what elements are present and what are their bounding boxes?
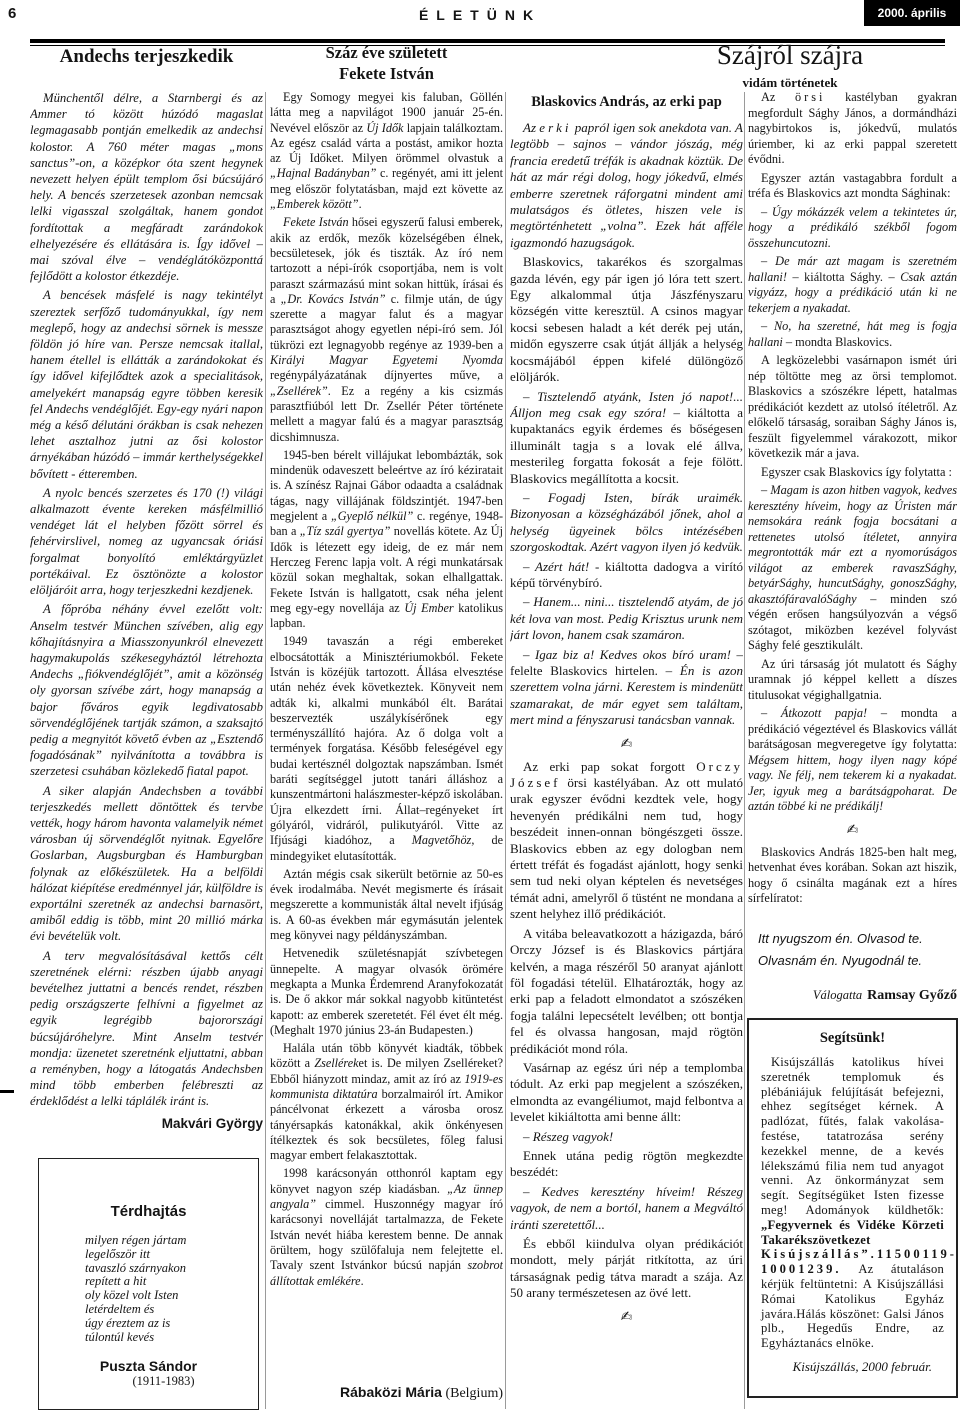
margin-mark [0,1090,14,1093]
paragraph: Egy Somogy megyei kis faluban, Göllén lá… [270,90,503,212]
text-segment: – mondta Blaskovics. [783,335,892,349]
text-segment: A vitába beleavatkozott a házigazda, bár… [510,926,743,1056]
credit-name: Ramsay Győző [867,988,957,1003]
text-segment: A terv megvalósításával kettős célt szer… [30,949,263,1109]
epitaph-line: Olvasnám én. Nyugodnál te. [758,950,958,972]
text-segment: A nyolc bencés szerzetes és 170 (!) vilá… [30,486,263,597]
section-title-szajrol-szajra: Szájról szájra [625,40,955,71]
poem-line: tavaszló szárnyakon [85,1262,258,1276]
text-segment: – Úgy mókázzék velem a tekintetes úr, ho… [748,205,957,250]
text-segment: „Fegyvernek és Vidéke Körzeti Takarékszö… [761,1218,944,1247]
section-subtitle: vidám történetek [625,75,955,91]
newspaper-page: 6 ÉLETÜNK 2000. április Andechs terjeszk… [0,0,960,1415]
paragraph: Fekete István hősei egyszerű falusi embe… [270,215,503,444]
byline-note: (Belgium) [445,1386,503,1401]
paragraph: És ebből kiindulva olyan prédikációt mon… [510,1236,743,1302]
column-rule [744,92,745,1409]
paragraph: Az úri társaság jót mulatott és Sághy ur… [748,657,957,704]
paragraph: – Hanem... nini... tisztelendő atyám, de… [510,594,743,643]
column-rule [505,92,506,1409]
help-appeal-signoff: Kisújszállás, 2000 február. [761,1359,944,1375]
paragraph: Münchentől délre, a Starnbergi és az Amm… [30,90,263,284]
byline-makvari: Makvári György [30,1116,263,1131]
text-segment: „Zsellérek” [270,384,328,398]
text-segment: Kisújszállás katolikus hívei szeretnék t… [761,1055,944,1217]
text-segment: Új Idők [366,121,403,135]
paragraph: Blaskovics András 1825-ben halt meg, het… [748,845,957,907]
text-segment: „Emberek között” [270,197,359,211]
text-segment: Aztán mégis csak sikerült betörnie az 50… [270,867,503,942]
text-segment: . [359,197,362,211]
text-segment: Egyszer csak Blaskovics így folytatta : [761,465,952,479]
paragraph: – No, ha szeretné, hát meg is fogja hall… [748,319,957,350]
paragraph: – Részeg vagyok! [510,1129,743,1145]
text-segment: – kiáltotta Sághy. – [787,270,900,284]
text-segment: Zsellérek [314,1056,358,1070]
text-segment: – Átkozott papja! [761,706,867,720]
paragraph: – Átkozott papja! – mondta a prédikáció … [748,706,957,815]
paragraph: A legközelebbi vasárnapon ismét úri nép … [748,353,957,462]
article-title-line: Száz éve született [270,42,503,63]
paragraph: – Fogadj Isten, bírák uraimék. Bizonyosa… [510,490,743,556]
poem-line: repített a hit [85,1275,258,1289]
paragraph: Hetvenedik születésnapját szívbetegen ün… [270,946,503,1038]
text-segment: Az [761,90,795,104]
text-segment: „Gyeplő nélkül” [331,509,413,523]
paragraph: – Magam is azon hitben vagyok, kedves ke… [748,483,957,654]
text-segment: „Tíz szál gyertya” [300,524,391,538]
help-appeal-body: Kisújszállás katolikus hívei szeretnék t… [761,1055,944,1351]
paragraph: – Kedves keresztény híveim! Részeg vagyo… [510,1184,743,1233]
text-segment: örsi [795,90,825,104]
text-segment: Az [523,120,539,135]
epitaph: Itt nyugszom én. Olvasod te. Olvasnám én… [758,928,958,972]
masthead: ÉLETÜNK [0,7,960,23]
text-segment: – Magam is azon hitben vagyok, kedves ke… [748,483,957,606]
pen-icon: ✍ [748,822,957,838]
paragraph: 1998 karácsonyán otthonról kaptam egy kö… [270,1166,503,1288]
article-body-sagy: Az örsi kastélyban gyakran megfordult Sá… [748,90,957,924]
paragraph: A bencések másfelé is nagy tekintélyt sz… [30,287,263,481]
paragraph: Aztán mégis csak sikerült betörnie az 50… [270,867,503,943]
pen-icon: ✍ [510,736,743,752]
pen-icon: ✍ [510,1309,743,1325]
paragraph: A főpróba néhány évvel ezelőtt volt: Ans… [30,601,263,779]
paragraph: Halála után több könyvét kiadták, többek… [270,1041,503,1163]
poem-author-years: (1911-1983) [39,1374,258,1389]
article-title-blaskovics: Blaskovics András, az erki pap [510,94,743,111]
paragraph: 1949 tavaszán a régi embereket elbocsáto… [270,634,503,863]
byline-rabakozi: Rábaközi Mária (Belgium) [270,1384,503,1402]
poem-line: legelőször itt [85,1248,258,1262]
text-segment: – Hanem... nini... tisztelendő atyám, de… [510,594,743,642]
poem-line: milyen régen jártam [85,1234,258,1248]
poem-line: úgy éreztem az is [85,1317,258,1331]
poem-author: Puszta Sándor [39,1358,258,1374]
paragraph: Blaskovics, takarékos és szorgalmas gazd… [510,254,743,385]
text-segment: papról igen sok anekdota van. A legtöbb … [510,120,743,250]
poem-line: letérdeltem és [85,1303,258,1317]
credit-prefix: Válogatta [813,988,862,1002]
text-segment: – Kedves keresztény híveim! Részeg vagyo… [510,1184,743,1232]
text-segment: Blaskovics András 1825-ben halt meg, het… [748,845,957,906]
text-segment: „Hajnal Badányban” [270,166,376,180]
paragraph: Kisújszállás katolikus hívei szeretnék t… [761,1055,944,1351]
column-rule [265,92,266,1409]
paragraph: 1945-ben bérelt villájukat lebombázták, … [270,448,503,632]
text-segment: – Fogadj Isten, bírák uraimék. Bizonyosa… [510,490,743,554]
paragraph: Egyszer csak Blaskovics így folytatta : [748,465,957,481]
text-segment: – Igaz biz a! Kedves okos bíró uram! [523,647,731,662]
text-segment: Új Ember [404,601,453,615]
poem-line: túlontúl kevés [85,1331,258,1345]
paragraph: A vitába beleavatkozott a házigazda, bár… [510,926,743,1057]
text-segment: Fekete István [283,215,349,229]
epitaph-line: Itt nyugszom én. Olvasod te. [758,928,958,950]
paragraph: Egyszer aztán vastagabbra fordult a tréf… [748,171,957,202]
text-segment: És ebből kiindulva olyan prédikációt mon… [510,1236,743,1300]
article-body-fekete: Egy Somogy megyei kis faluban, Göllén lá… [270,90,503,1378]
text-segment: – Azért hát! [523,559,589,574]
paragraph: A nyolc bencés szerzetes és 170 (!) vilá… [30,485,263,598]
paragraph: Az erki papról igen sok anekdota van. A … [510,120,743,251]
text-segment: Egyszer aztán vastagabbra fordult a tréf… [748,171,957,201]
text-segment: Az erki pap sokat forgott [523,759,696,774]
text-segment: A bencések másfelé is nagy tekintélyt sz… [30,288,263,480]
paragraph: – Azért hát! - kiáltotta dadogva a virít… [510,559,743,592]
text-segment: Mégsem hittem, hogy ilyen nagy kópé vagy… [748,753,957,814]
paragraph: – De már azt magam is szeretném hallani!… [748,254,957,316]
paragraph: – Tisztelendő atyánk, Isten jó napot!...… [510,389,743,487]
paragraph: A siker alapján Andechsben a további ter… [30,783,263,945]
paragraph: Az erki pap sokat forgott Orczy József ö… [510,759,743,923]
help-appeal-box: Segítsünk! Kisújszállás katolikus hívei … [747,1018,958,1398]
text-segment: – Részeg vagyok! [523,1129,613,1144]
text-segment: örsi kastélyában. Az ott mulató urak egy… [510,775,743,921]
text-segment: A legközelebbi vasárnapon ismét úri nép … [748,353,957,460]
help-appeal-title: Segítsünk! [761,1030,944,1047]
text-segment: erki [539,120,571,135]
poem-title: Térdhajtás [39,1203,258,1220]
article-title-line: Fekete István [270,63,503,84]
paragraph: Vasárnap az egész úri nép a templomba tó… [510,1060,743,1126]
poem-box: Térdhajtás milyen régen jártamlegelőször… [38,1158,259,1410]
text-segment: 1949 tavaszán a régi embereket elbocsáto… [270,634,503,847]
article-title-andechs: Andechs terjeszkedik [30,46,263,68]
poem-line: oly közel volt Isten [85,1289,258,1303]
text-segment: Blaskovics, takarékos és szorgalmas gazd… [510,254,743,384]
text-segment: Királyi Magyar Egyetemi Nyomda [270,353,503,367]
text-segment: Az úri társaság jót mulatott és Sághy ur… [748,657,957,702]
byline-name: Rábaközi Mária [340,1384,442,1400]
paragraph: Ennek utána pedig rögtön megkezdte beszé… [510,1148,743,1181]
article-body-andechs: Münchentől délre, a Starnbergi és az Amm… [30,90,263,1114]
text-segment: Magvetőhöz [412,833,472,847]
article-title-fekete: Száz éve született Fekete István [270,42,503,84]
text-segment: A főpróba néhány évvel ezelőtt volt: Ans… [30,602,263,778]
text-segment: regénypályázatának díjnyertes műve, a [270,368,503,382]
text-segment: Hetvenedik születésnapját szívbetegen ün… [270,946,503,1036]
paragraph: – Úgy mókázzék velem a tekintetes úr, ho… [748,205,957,252]
paragraph: Az örsi kastélyban gyakran megfordult Sá… [748,90,957,168]
paragraph: A terv megvalósításával kettős célt szer… [30,948,263,1110]
paragraph: – Igaz biz a! Kedves okos bíró uram! – f… [510,647,743,729]
text-segment: Ennek utána pedig rögtön megkezdte beszé… [510,1148,743,1179]
text-segment: Vasárnap az egész úri nép a templomba tó… [510,1060,743,1124]
selection-credit: VálogattaRamsay Győző [748,986,957,1004]
text-segment: . [361,1274,364,1288]
article-body-blaskovics: Az erki papról igen sok anekdota van. A … [510,120,743,1412]
text-segment: „Dr. Kovács István” [281,292,386,306]
date-badge: 2000. április [864,0,960,26]
poem-lines: milyen régen jártamlegelőször itttavaszl… [39,1234,258,1344]
text-segment: A siker alapján Andechsben a további ter… [30,784,263,944]
text-segment: Münchentől délre, a Starnbergi és az Amm… [30,91,263,283]
